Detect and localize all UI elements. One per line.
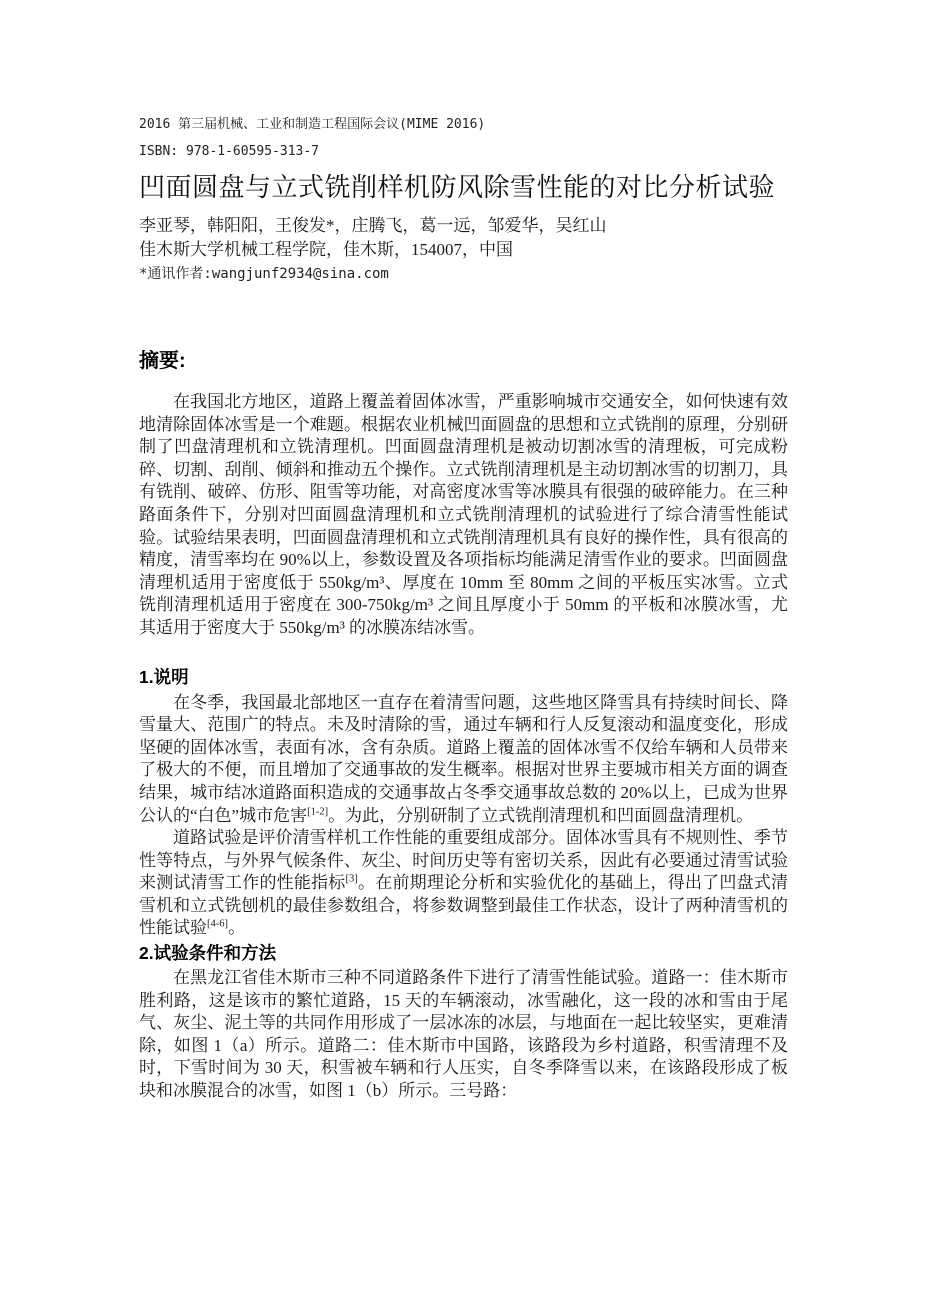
paper-title: 凹面圆盘与立式铣削样机防风除雪性能的对比分析试验	[139, 173, 788, 203]
corresponding-author-line: *通讯作者:wangjunf2934@sina.com	[139, 265, 788, 283]
conference-line: 2016 第三届机械、工业和制造工程国际会议(MIME 2016)	[139, 118, 788, 132]
corresponding-author-label: *通讯作者:	[139, 266, 212, 282]
paper-page: 2016 第三届机械、工业和制造工程国际会议(MIME 2016) ISBN: …	[0, 0, 926, 1309]
section-1-paragraph-1: 在冬季，我国最北部地区一直存在着清雪问题，这些地区降雪具有持续时间长、降雪量大、…	[139, 692, 788, 828]
abstract-heading: 摘要:	[139, 349, 788, 373]
section-1-paragraph-2: 道路试验是评价清雪样机工作性能的重要组成部分。固体冰雪具有不规则性、季节性等特点…	[139, 827, 788, 940]
section-2-heading: 2.试验条件和方法	[139, 942, 788, 964]
section-2-paragraph-1: 在黑龙江省佳木斯市三种不同道路条件下进行了清雪性能试验。道路一：佳木斯市胜利路，…	[139, 967, 788, 1103]
authors-line: 李亚琴，韩阳阳，王俊发*，庄腾飞，葛一远，邹爱华，吴红山	[139, 215, 788, 237]
affiliation-line: 佳木斯大学机械工程学院，佳木斯，154007，中国	[139, 239, 788, 261]
corresponding-author-email: wangjunf2934@sina.com	[212, 266, 389, 282]
abstract-paragraph: 在我国北方地区，道路上覆盖着固体冰雪，严重影响城市交通安全，如何快速有效地清除固…	[139, 391, 788, 640]
section-1-heading: 1.说明	[139, 666, 788, 688]
isbn-line: ISBN: 978-1-60595-313-7	[139, 145, 788, 159]
